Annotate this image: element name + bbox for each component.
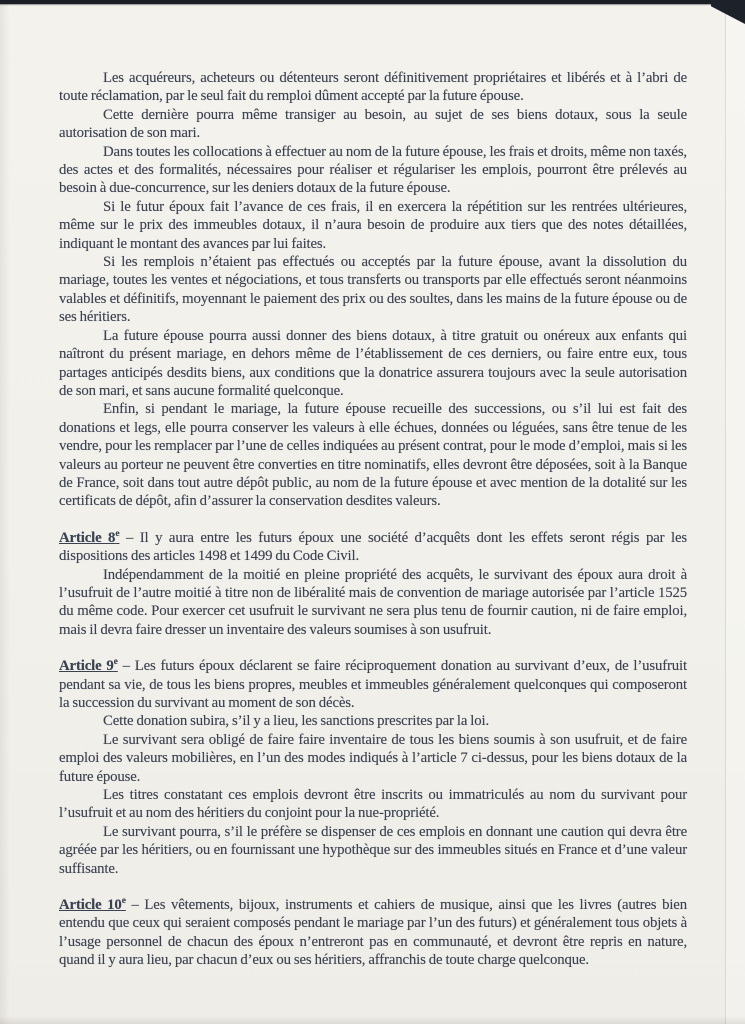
scan-edge-left-shade [0, 0, 10, 1024]
paragraph-text: Le survivant pourra, s’il le préfère se … [59, 824, 687, 877]
paragraph-text: Cette donation subira, s’il y a lieu, le… [103, 713, 489, 729]
paragraph: Enfin, si pendant le mariage, la future … [59, 400, 687, 510]
paragraph-text: Dans toutes les collocations à effectuer… [59, 144, 687, 197]
scan-edge-top [0, 0, 745, 4]
paragraph-text: Si les remplois n’étaient pas effectués … [59, 254, 687, 325]
paragraph: Les acquéreurs, acheteurs ou détenteurs … [59, 69, 687, 106]
paragraph-text: Cette dernière pourra même transiger au … [59, 107, 687, 141]
paragraph-text: Enfin, si pendant le mariage, la future … [59, 401, 687, 509]
article-separator: – [119, 530, 139, 546]
article-text: Les futurs époux déclarent se faire réci… [59, 658, 687, 711]
paragraph-text: Les titres constatant ces emplois devron… [59, 787, 687, 821]
paragraph: Le survivant pourra, s’il le préfère se … [59, 823, 687, 878]
article-text: Les vêtements, bijoux, instruments et ca… [59, 897, 687, 968]
paragraph: Si les remplois n’étaient pas effectués … [59, 253, 687, 327]
paragraph: Le survivant sera obligé de faire faire … [59, 731, 687, 786]
paragraph-text: Si le futur époux fait l’avance de ces f… [59, 199, 687, 252]
article-separator: – [118, 658, 135, 674]
paragraph: Cette donation subira, s’il y a lieu, le… [59, 712, 687, 730]
paragraph: Dans toutes les collocations à effectuer… [59, 143, 687, 198]
paragraph: Indépendamment de la moitié en pleine pr… [59, 566, 687, 640]
article-label: Article 9e [59, 658, 118, 674]
document-body: Les acquéreurs, acheteurs ou détenteurs … [59, 69, 687, 970]
paragraph-text: Le survivant sera obligé de faire faire … [59, 732, 687, 785]
article-paragraph: Article 10e – Les vêtements, bijoux, ins… [59, 896, 687, 970]
paper-edge-strip [726, 5, 745, 1024]
scanned-page: Les acquéreurs, acheteurs ou détenteurs … [0, 0, 745, 1024]
paper-edge-line [725, 5, 726, 1024]
paragraph: Les titres constatant ces emplois devron… [59, 786, 687, 823]
scan-edge-bottom-shade [0, 1016, 745, 1024]
article-paragraph: Article 9e – Les futurs époux déclarent … [59, 657, 687, 712]
paragraph-text: Indépendamment de la moitié en pleine pr… [59, 567, 687, 638]
paragraph: La future épouse pourra aussi donner des… [59, 327, 687, 401]
article-label: Article 8e [59, 530, 119, 546]
article-text: Il y aura entre les futurs époux une soc… [59, 530, 687, 564]
paragraph: Cette dernière pourra même transiger au … [59, 106, 687, 143]
paragraph-text: Les acquéreurs, acheteurs ou détenteurs … [59, 70, 687, 104]
article-label: Article 10e [59, 897, 126, 913]
paragraph: Si le futur époux fait l’avance de ces f… [59, 198, 687, 253]
paragraph-text: La future épouse pourra aussi donner des… [59, 328, 687, 399]
article-paragraph: Article 8e – Il y aura entre les futurs … [59, 529, 687, 566]
article-separator: – [126, 897, 145, 913]
